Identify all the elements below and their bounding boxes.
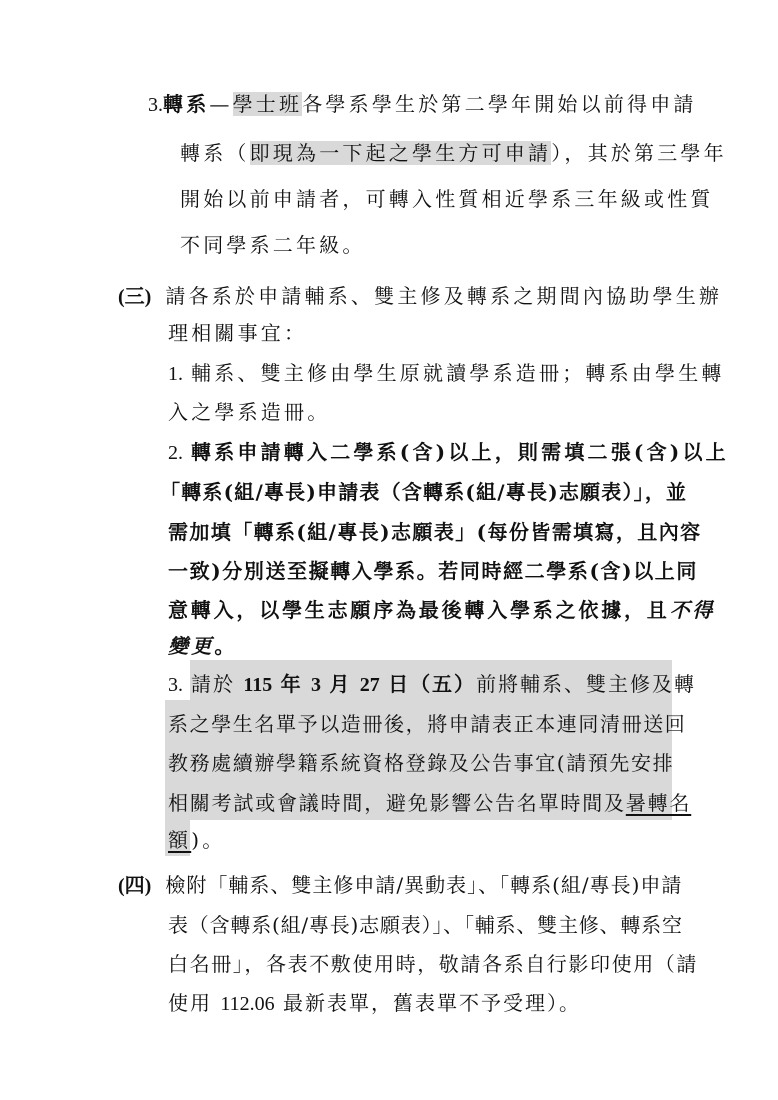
sub2-line2: 「轉系(組/專長)申請表（含轉系(組/專長)志願表）」，並 — [160, 478, 687, 506]
text: 前將輔系、雙主修及轉 — [476, 672, 696, 696]
text: 意轉入，以學生志願序為最後轉入學系之依據，且 — [168, 598, 670, 622]
text: ），其於第三學年 — [551, 141, 727, 165]
italic-text: 變更 — [168, 634, 214, 658]
section4-line2: 表（含轉系(組/專長)志願表）」、「輔系、雙主修、轉系空 — [168, 911, 683, 939]
text: 相關考試或會議時間，避免影響公告名單時間及 — [168, 791, 626, 815]
text: 輔系、雙主修由學生原就讀學系造冊；轉系由學生轉 — [191, 361, 725, 385]
section4-line1: (四)檢附「輔系、雙主修申請/異動表」、「轉系(組/專長)申請 — [118, 871, 682, 900]
sub1-line2: 入之學系造冊。 — [168, 398, 330, 426]
text: 檢附「輔系、雙主修申請/異動表」、「轉系(組/專長)申請 — [165, 873, 682, 897]
section-marker: (三) — [118, 286, 151, 308]
text: 轉系（ — [180, 141, 250, 165]
text: 開始以前申請者，可轉入性質相近學系三年級或性質 — [180, 187, 714, 211]
text: 請於 — [191, 672, 235, 696]
text: 理相關事宜： — [168, 321, 307, 345]
sub3-line2: 系之學生名單予以造冊後，將申請表正本連同清冊送回 — [168, 710, 686, 738]
sub2-line6: 變更。 — [168, 632, 238, 660]
sub1-line1: 1.輔系、雙主修由學生原就讀學系造冊；轉系由學生轉 — [168, 359, 725, 388]
form-version: 112.06 — [220, 993, 274, 1015]
section3-line1: (三)請各系於申請輔系、雙主修及轉系之期間內協助學生辦 — [118, 282, 722, 311]
text: 。 — [214, 634, 237, 658]
sub3-line1: 3.請於 115 年 3 月 27 日（五）前將輔系、雙主修及轉 — [168, 670, 696, 699]
item-number: 1. — [168, 363, 183, 385]
text: 教務處續辦學籍系統資格登錄及公告事宜(請預先安排 — [168, 751, 674, 775]
date-weekday: （五） — [410, 672, 476, 696]
item3-line2: 轉系（即現為一下起之學生方可申請），其於第三學年 — [180, 139, 727, 167]
text: 白名冊」，各表不敷使用時，敬請各系自行影印使用（請 — [168, 952, 698, 976]
text: 系之學生名單予以造冊後，將申請表正本連同清冊送回 — [168, 712, 686, 736]
sub2-line3: 需加填「轉系(組/專長)志願表」(每份皆需填寫，且內容 — [168, 518, 702, 546]
text: 請各系於申請輔系、雙主修及轉系之期間內協助學生辦 — [165, 284, 722, 308]
item-number: 2. — [168, 442, 183, 464]
section4-line3: 白名冊」，各表不敷使用時，敬請各系自行影印使用（請 — [168, 950, 698, 978]
highlighted-text: 即現為一下起之學生方可申請 — [250, 141, 552, 165]
text: 表（含轉系(組/專長)志願表）」、「輔系、雙主修、轉系空 — [168, 913, 683, 937]
date-year: 115 — [243, 674, 272, 696]
date-day: 27 — [360, 674, 380, 696]
text: )。 — [191, 828, 225, 852]
item-number: 3. — [148, 94, 163, 116]
item-number: 3. — [168, 674, 183, 696]
text: 不同學系二年級。 — [180, 233, 366, 257]
highlighted-text: 學士班 — [233, 92, 303, 116]
underlined-text: 額 — [168, 828, 191, 852]
date-month: 3 — [311, 674, 321, 696]
item-title: 轉系 — [163, 92, 209, 116]
section3-line2: 理相關事宜： — [168, 319, 307, 347]
text: 使用 — [168, 991, 212, 1015]
underlined-text: 暑轉名 — [626, 791, 691, 815]
text: 需加填「轉系(組/專長)志願表」(每份皆需填寫，且內容 — [168, 520, 702, 544]
text: 一致)分別送至擬轉入學系。若同時經二學系(含)以上同 — [168, 559, 698, 583]
text: 轉系申請轉入二學系(含)以上，則需填二張(含)以上 — [191, 440, 729, 464]
sub3-line4: 相關考試或會議時間，避免影響公告名單時間及暑轉名 — [168, 789, 691, 817]
section-marker: (四) — [118, 875, 151, 897]
dash: — — [209, 92, 232, 116]
sub2-line5: 意轉入，以學生志願序為最後轉入學系之依據，且不得 — [168, 596, 715, 624]
italic-text: 不得 — [670, 598, 716, 622]
item3-line3: 開始以前申請者，可轉入性質相近學系三年級或性質 — [180, 185, 714, 213]
text: 「轉系(組/專長)申請表（含轉系(組/專長)志願表）」，並 — [160, 480, 687, 504]
text: 年 — [281, 672, 303, 696]
sub2-line1: 2.轉系申請轉入二學系(含)以上，則需填二張(含)以上 — [168, 438, 729, 467]
text: 日 — [388, 672, 410, 696]
item3-line4: 不同學系二年級。 — [180, 231, 366, 259]
text: 月 — [329, 672, 351, 696]
sub2-line4: 一致)分別送至擬轉入學系。若同時經二學系(含)以上同 — [168, 557, 698, 585]
text: 各學系學生於第二學年開始以前得申請 — [302, 92, 696, 116]
item3-line1: 3.轉系—學士班各學系學生於第二學年開始以前得申請 — [148, 90, 697, 119]
sub3-line3: 教務處續辦學籍系統資格登錄及公告事宜(請預先安排 — [168, 749, 674, 777]
text: 入之學系造冊。 — [168, 400, 330, 424]
text: 最新表單，舊表單不予受理）。 — [283, 991, 581, 1015]
sub3-line5: 額)。 — [168, 826, 225, 854]
section4-line4: 使用 112.06 最新表單，舊表單不予受理）。 — [168, 989, 581, 1018]
